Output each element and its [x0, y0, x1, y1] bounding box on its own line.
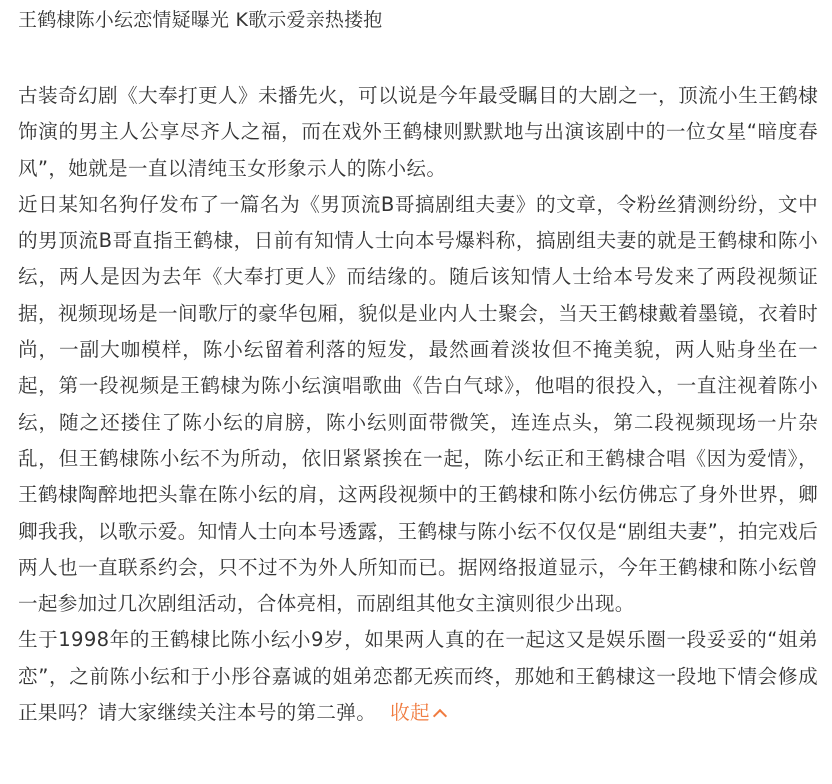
article-body: 古装奇幻剧《大奉打更人》未播先火，可以说是今年最受瞩目的大剧之一，顶流小生王鹤棣…	[18, 78, 818, 731]
collapse-button[interactable]: 收起	[390, 701, 445, 724]
article: 王鹤棣陈小纭恋情疑曝光 K歌示爱亲热搂抱 古装奇幻剧《大奉打更人》未播先火，可以…	[0, 0, 832, 784]
paragraph-conclusion: 生于1998年的王鹤棣比陈小纭小9岁，如果两人真的在一起这又是娱乐圈一段妥妥的“…	[18, 622, 818, 731]
paragraph-intro: 古装奇幻剧《大奉打更人》未播先火，可以说是今年最受瞩目的大剧之一，顶流小生王鹤棣…	[18, 78, 818, 187]
article-title: 王鹤棣陈小纭恋情疑曝光 K歌示爱亲热搂抱	[18, 6, 383, 34]
paragraph-details: 近日某知名狗仔发布了一篇名为《男顶流B哥搞剧组夫妻》的文章，令粉丝猜测纷纷，文中…	[18, 187, 818, 623]
chevron-up-icon	[433, 709, 447, 723]
collapse-label: 收起	[390, 701, 430, 724]
